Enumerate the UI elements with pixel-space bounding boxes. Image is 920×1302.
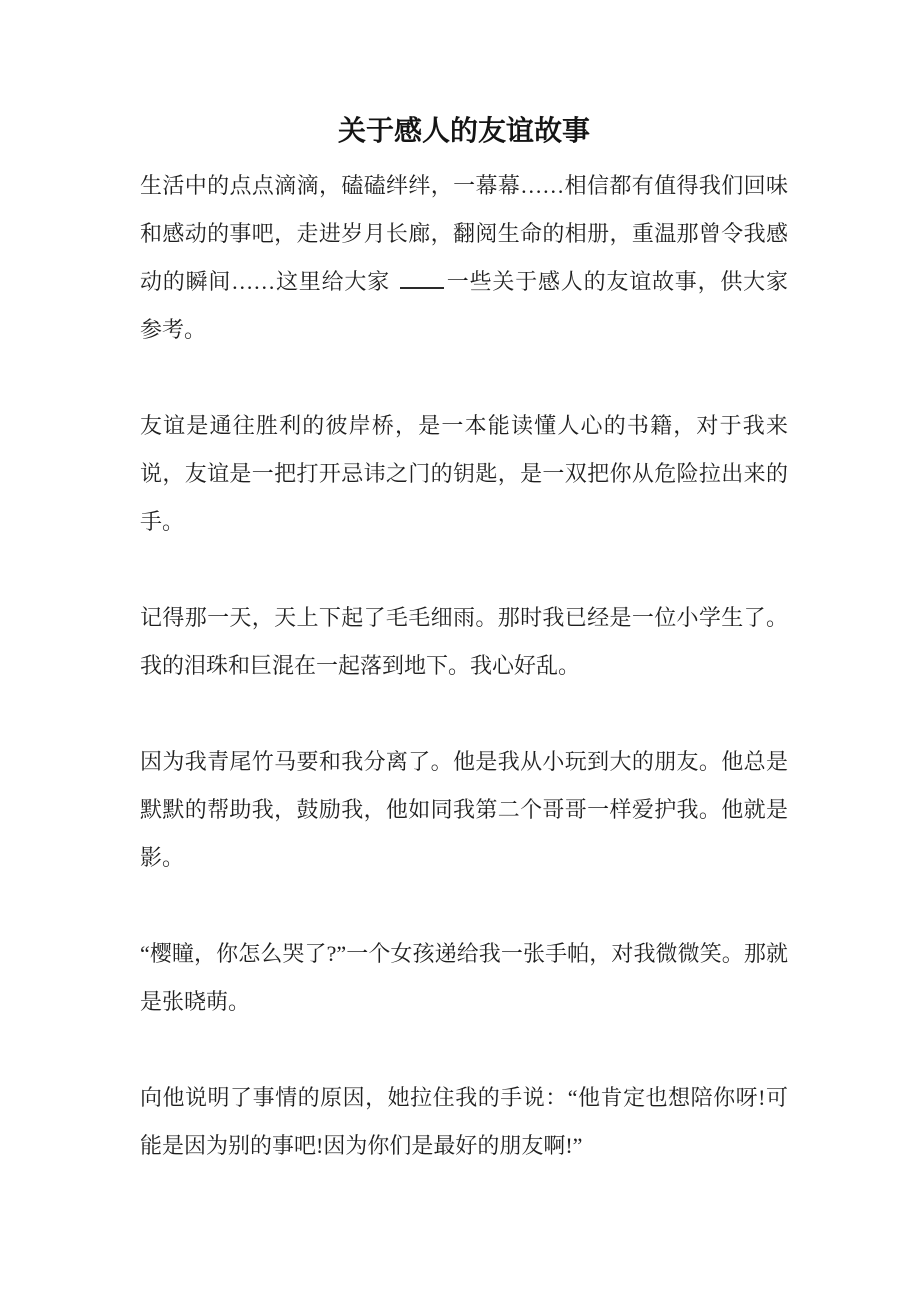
paragraph-rainy-day: 记得那一天，天上下起了毛毛细雨。那时我已经是一位小学生了。我的泪珠和巨混在一起落…	[140, 594, 788, 690]
fill-in-blank-underline: ＿＿	[400, 261, 444, 289]
paragraph-intro: 生活中的点点滴滴，磕磕绊绊，一幕幕……相信都有值得我们回味和感动的事吧，走进岁月…	[140, 162, 788, 354]
paragraph-comfort-words: 向他说明了事情的原因，她拉住我的手说：“他肯定也想陪你呀!可能是因为别的事吧!因…	[140, 1074, 788, 1170]
document-page: 关于感人的友谊故事 生活中的点点滴滴，磕磕绊绊，一幕幕……相信都有值得我们回味和…	[0, 0, 920, 1302]
paragraph-friendship-definition: 友谊是通往胜利的彼岸桥，是一本能读懂人心的书籍，对于我来说，友谊是一把打开忌讳之…	[140, 402, 788, 546]
paragraph-childhood-friend: 因为我青尾竹马要和我分离了。他是我从小玩到大的朋友。他总是默默的帮助我，鼓励我，…	[140, 738, 788, 882]
paragraph-girl-handkerchief: “樱瞳，你怎么哭了?”一个女孩递给我一张手帕，对我微微笑。那就是张晓萌。	[140, 930, 788, 1026]
document-title: 关于感人的友谊故事	[140, 108, 788, 156]
